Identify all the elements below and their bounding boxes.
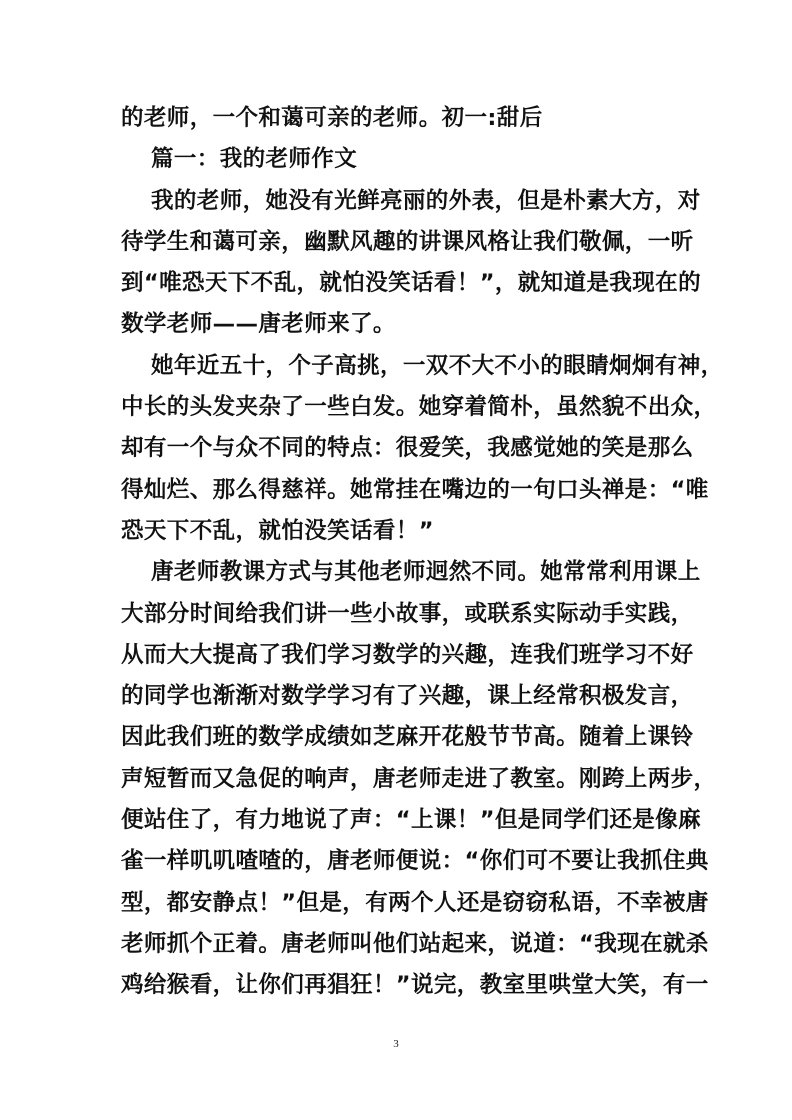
section-heading: 篇一：我的老师作文	[121, 141, 681, 182]
text-line: 得灿烂、那么得慈祥。她常挂在嘴边的一句口头禅是：“唯	[121, 472, 681, 513]
text-line: 待学生和蔼可亲，幽默风趣的讲课风格让我们敬佩，一听	[121, 224, 681, 265]
text-line: 鸡给猴看，让你们再猖狂！”说完，教室里哄堂大笑，有一	[121, 967, 681, 1008]
paragraph-start-line: 唐老师教课方式与其他老师迥然不同。她常常利用课上	[121, 554, 681, 595]
text-line: 却有一个与众不同的特点：很爱笑，我感觉她的笑是那么	[121, 430, 681, 471]
text-line: 声短暂而又急促的响声，唐老师走进了教室。刚跨上两步，	[121, 761, 681, 802]
text-line: 中长的头发夹杂了一些白发。她穿着简朴，虽然貌不出众，	[121, 389, 681, 430]
page-number: 3	[0, 1038, 792, 1050]
text-line: 大部分时间给我们讲一些小故事，或联系实际动手实践，	[121, 596, 681, 637]
text-line: 数学老师——唐老师来了。	[121, 306, 681, 347]
paragraph-start-line: 她年近五十，个子高挑，一双不大不小的眼睛炯炯有神，	[121, 348, 681, 389]
text-line: 型，都安静点！”但是，有两个人还是窃窃私语，不幸被唐	[121, 885, 681, 926]
paragraph-start-line: 我的老师，她没有光鲜亮丽的外表，但是朴素大方，对	[121, 183, 681, 224]
text-line: 的老师，一个和蔼可亲的老师。初一:甜后	[121, 100, 681, 141]
text-line: 便站住了，有力地说了声：“上课！”但是同学们还是像麻	[121, 802, 681, 843]
text-line: 的同学也渐渐对数学学习有了兴趣，课上经常积极发言，	[121, 678, 681, 719]
text-line: 恐天下不乱，就怕没笑话看！”	[121, 513, 681, 554]
document-page: 的老师，一个和蔼可亲的老师。初一:甜后 篇一：我的老师作文 我的老师，她没有光鲜…	[0, 0, 792, 1120]
text-line: 老师抓个正着。唐老师叫他们站起来，说道：“我现在就杀	[121, 926, 681, 967]
text-line: 因此我们班的数学成绩如芝麻开花般节节高。随着上课铃	[121, 719, 681, 760]
text-line: 从而大大提高了我们学习数学的兴趣，连我们班学习不好	[121, 637, 681, 678]
document-body: 的老师，一个和蔼可亲的老师。初一:甜后 篇一：我的老师作文 我的老师，她没有光鲜…	[121, 100, 681, 1009]
text-line: 到“唯恐天下不乱，就怕没笑话看！”，就知道是我现在的	[121, 265, 681, 306]
text-line: 雀一样叽叽喳喳的，唐老师便说：“你们可不要让我抓住典	[121, 843, 681, 884]
